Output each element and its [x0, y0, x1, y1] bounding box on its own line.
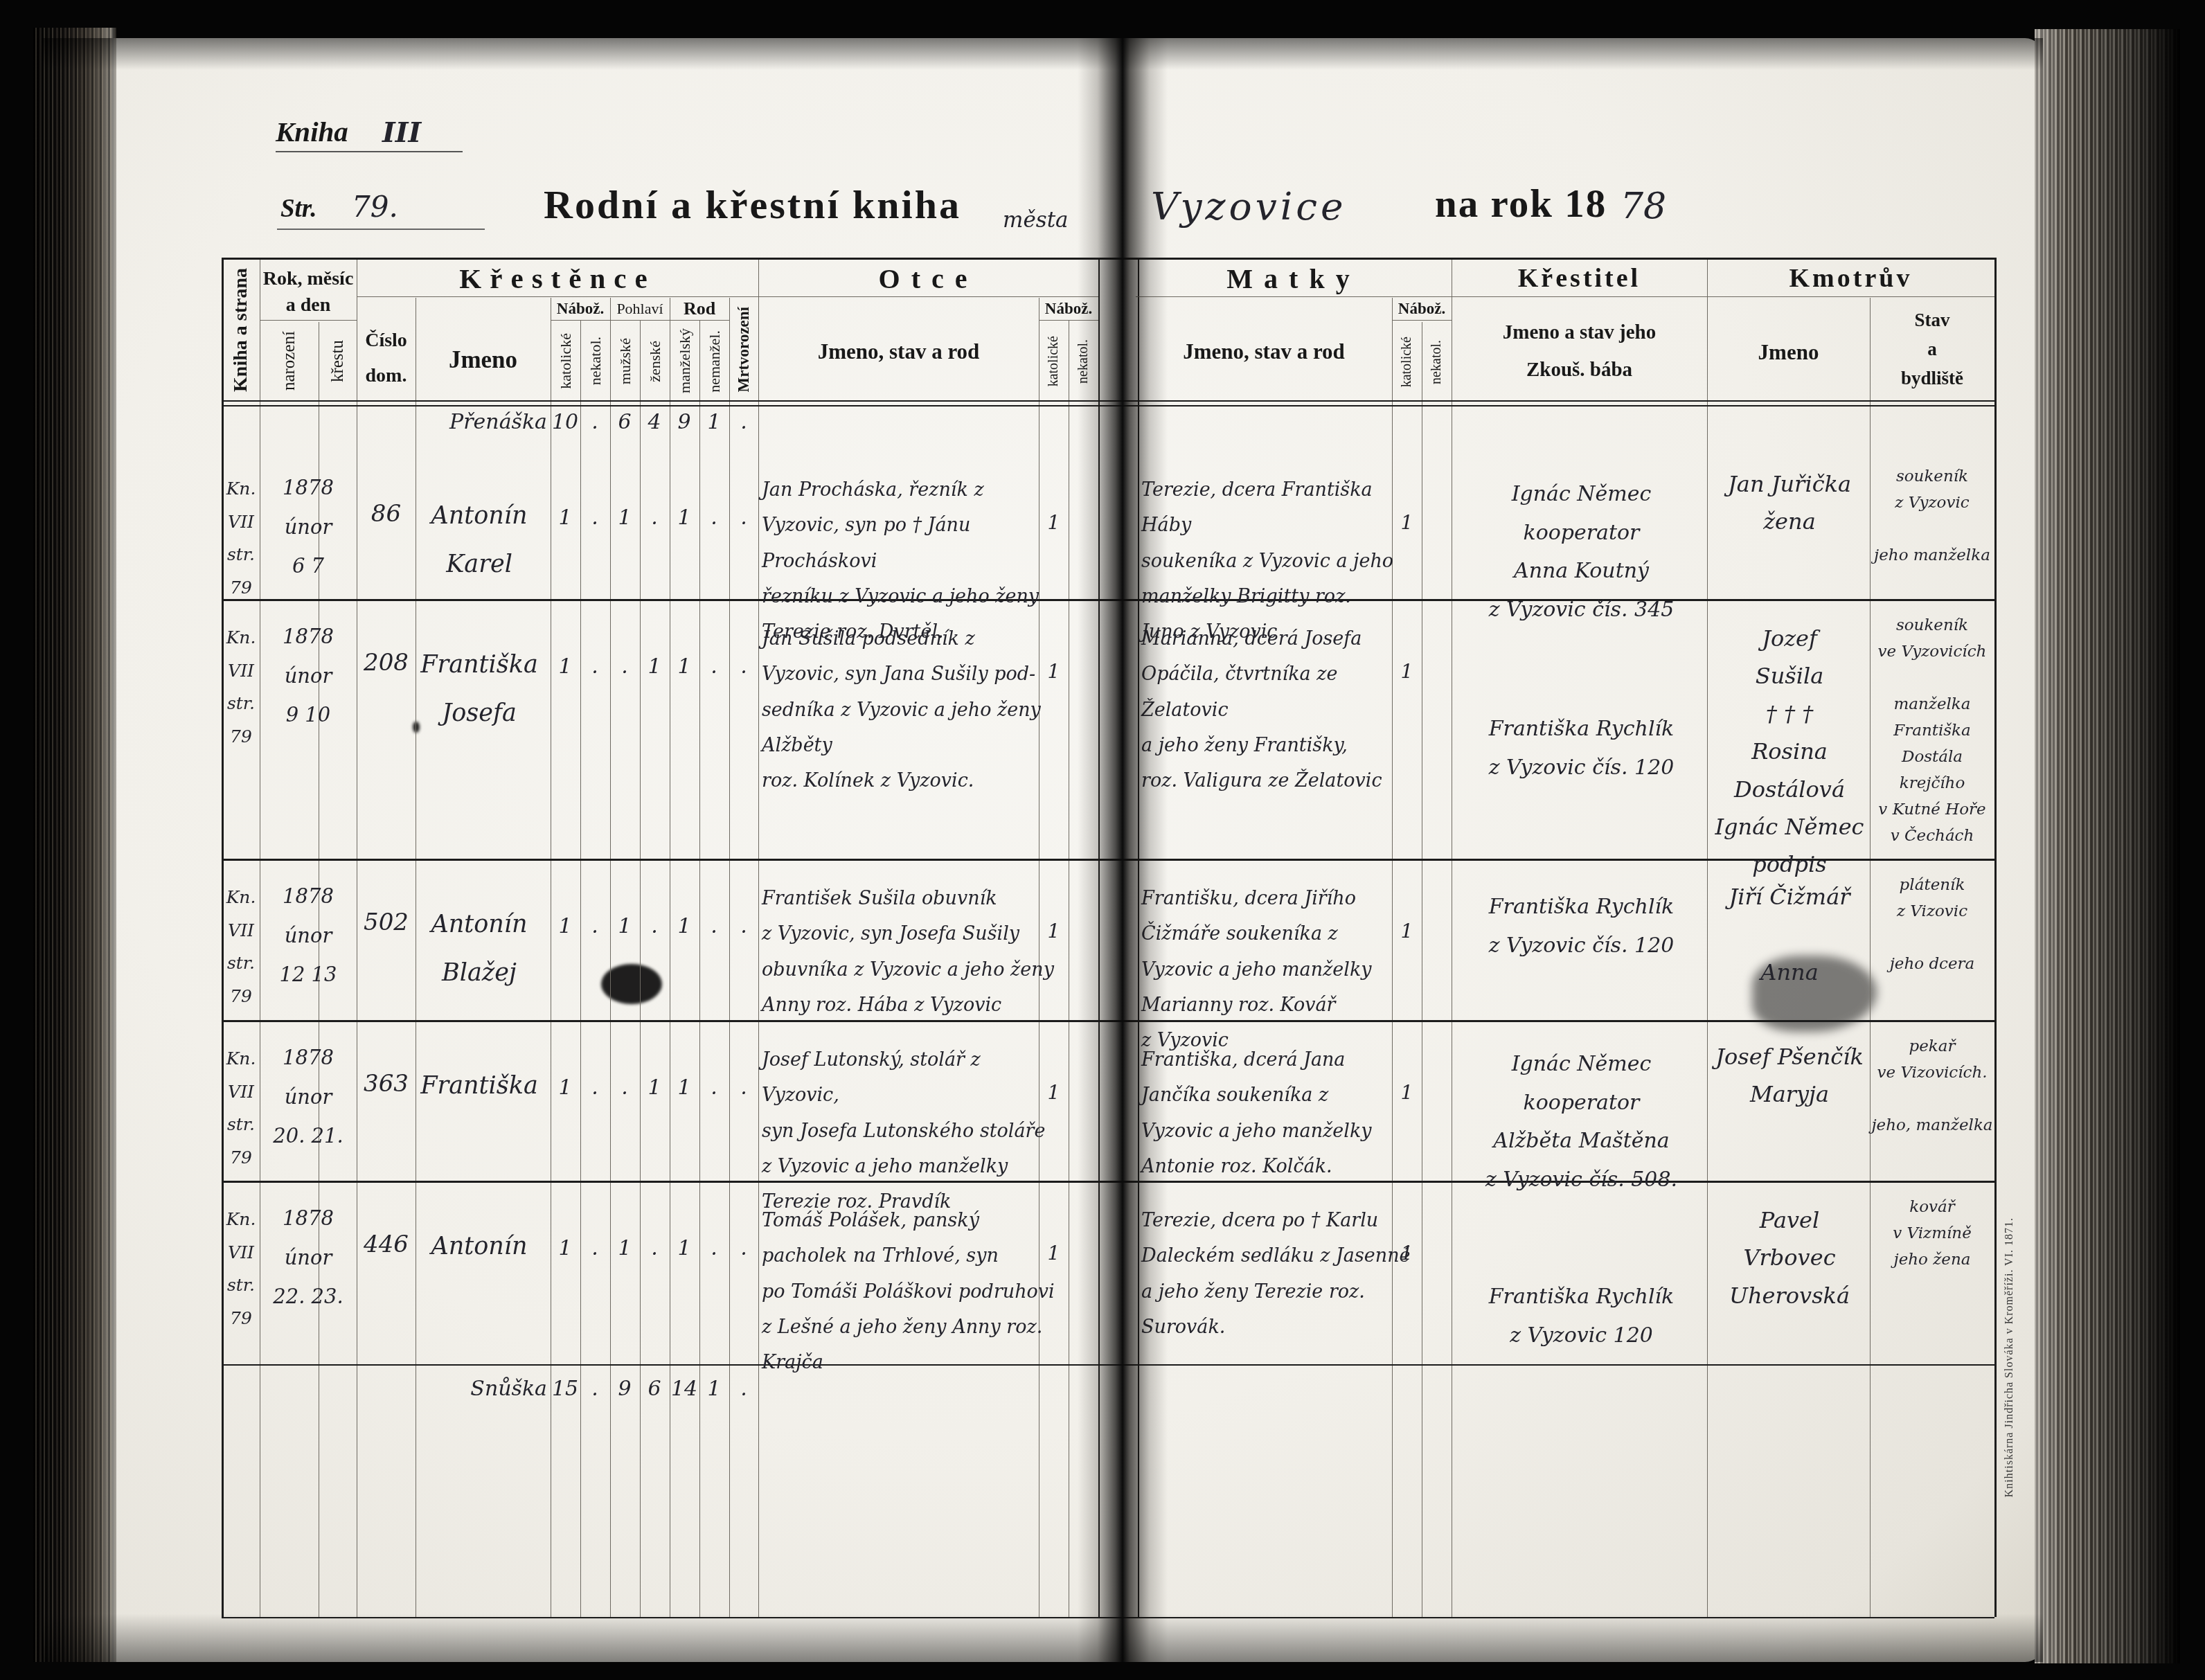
handwritten-mesta: města	[1003, 208, 1069, 233]
table-rule-vertical	[670, 298, 670, 1617]
row-1-tally-mark: 1	[610, 506, 639, 530]
row-5-godparent-status: kovář v Vizmíně jeho žena	[1871, 1195, 1993, 1274]
row-1-tally-mark: .	[699, 506, 729, 530]
col-header-matky-naboz: Nábož.	[1392, 298, 1452, 320]
carry-mark: .	[580, 410, 609, 434]
totals-mark: .	[580, 1377, 609, 1401]
row-5-mother-relig: 1	[1392, 1242, 1422, 1265]
row-2-mother-relig: 1	[1392, 660, 1422, 683]
book-number: III	[382, 116, 421, 149]
col-header-narozeni: narození	[260, 322, 319, 400]
group-header-otce: Otce	[758, 262, 1098, 295]
row-3-godparent-status: pláteník z Vizovic jeho dcera	[1871, 873, 1993, 978]
col-header-manzelsky: manželský	[670, 322, 699, 400]
page-bottom-shadow	[42, 1614, 2043, 1662]
col-header-jmeno: Jmeno	[416, 320, 551, 400]
year-label: na rok 18	[1435, 181, 1607, 226]
table-rule-horizontal	[551, 320, 729, 321]
col-header-kniha-a-strana: Kniha a strana	[222, 258, 260, 402]
row-4-child-name: Františka	[406, 1062, 553, 1110]
col-header-nekatol: nekatol.	[580, 322, 610, 400]
row-3-tally-mark: 1	[610, 914, 639, 938]
row-4-tally-mark: .	[729, 1075, 758, 1100]
row-2-tally-mark: .	[729, 654, 758, 679]
row-4-baptizer-text: Ignác Němec kooperator Alžběta Maštěna z…	[1458, 1045, 1704, 1199]
row-1-tally-mark: 1	[551, 506, 580, 530]
row-2-date: 1878 únor 9 10	[260, 617, 356, 735]
row-5-tally-mark: .	[729, 1236, 758, 1260]
row-2-tally-mark: .	[580, 654, 609, 679]
totals-mark: 15	[551, 1377, 580, 1401]
row-2-tally-mark: .	[610, 654, 639, 679]
row-3-tally-mark: 1	[670, 914, 699, 938]
row-3-baptizer-text: Františka Rychlík z Vyzovic čís. 120	[1458, 888, 1704, 965]
row-1-child-name: Antonín Karel	[406, 492, 553, 589]
table-rule-vertical	[758, 258, 759, 1617]
underline	[277, 229, 485, 230]
book-label: Kniha	[276, 115, 348, 148]
col-header-kmotr-jmeno: Jmeno	[1707, 331, 1870, 374]
table-rule-vertical	[1422, 322, 1422, 1617]
page-number-label: Str.	[280, 194, 316, 224]
carry-label: Přenáška	[388, 410, 547, 434]
page-title: Rodní a křestní kniha	[544, 181, 961, 228]
table-rule-vertical	[1870, 298, 1871, 1617]
row-4-father-relig: 1	[1039, 1081, 1069, 1104]
row-4-godparent-name: Josef Pšenčík Maryja	[1711, 1038, 1868, 1114]
carry-mark: 6	[610, 410, 639, 434]
row-5-tally-mark: .	[640, 1236, 669, 1260]
col-header-muzske: mužské	[610, 322, 640, 400]
row-5-baptizer-text: Františka Rychlík z Vyzovic 120	[1458, 1278, 1704, 1355]
printer-imprint: Knihtiskárna Jindřicha Slováka v Kroměří…	[1996, 1073, 2024, 1641]
totals-label: Snůška	[388, 1377, 547, 1401]
row-4-mother-relig: 1	[1392, 1081, 1422, 1104]
carry-mark: 10	[551, 410, 580, 434]
row-1-tally-mark: .	[640, 506, 669, 530]
totals-mark: 6	[640, 1377, 669, 1401]
row-5-mother-text: Terezie, dcera po † Karlu Daleckém sedlá…	[1141, 1203, 1411, 1345]
row-4-mother-text: Františka, dcerá Jana Jančíka soukeníka …	[1141, 1042, 1411, 1184]
row-5-tally-mark: 1	[551, 1236, 580, 1260]
row-4-tally-mark: .	[610, 1075, 639, 1100]
page-top-shadow	[42, 38, 2043, 70]
col-header-zenske: ženské	[640, 322, 670, 400]
right-page-stack	[2035, 29, 2180, 1663]
row-4-tally-mark: .	[699, 1075, 729, 1100]
carry-mark: 4	[640, 410, 669, 434]
row-3-tally-mark: .	[729, 914, 758, 938]
row-3-father-text: František Sušila obuvník z Vyzovic, syn …	[762, 881, 1060, 1023]
carry-mark: 1	[699, 410, 729, 434]
row-2-tally-mark: 1	[670, 654, 699, 679]
col-header-mrtvorozeni: Mrtvorození	[729, 299, 758, 400]
row-2-mother-text: Marianna, dcerá Josefa Opáčila, čtvrtník…	[1141, 621, 1411, 798]
row-5-child-name: Antonín	[406, 1222, 553, 1271]
table-rule-vertical	[1069, 320, 1069, 1617]
row-5-tally-mark: 1	[670, 1236, 699, 1260]
col-header-krestu: křestu	[319, 322, 357, 400]
col-header-cislo-dom: Číslo dom.	[357, 319, 416, 398]
row-4-godparent-status: pekař ve Vizovicích. jeho, manželka	[1871, 1034, 1993, 1139]
col-header-rod: Rod	[670, 298, 729, 320]
row-2-book-ref: Kn. VII str. 79	[223, 621, 259, 753]
group-header-krestitel: Křestitel	[1452, 262, 1707, 295]
group-header-matky: Matky	[1136, 262, 1452, 295]
totals-mark: 9	[610, 1377, 639, 1401]
group-header-krestence: Křestěnce	[357, 262, 758, 295]
totals-mark: 1	[699, 1377, 729, 1401]
row-4-tally-mark: 1	[670, 1075, 699, 1100]
table-rule-horizontal	[1136, 296, 1452, 297]
col-header-matky-katolicke: katolické	[1392, 324, 1422, 400]
col-header-otce-jmeno-stav: Jmeno, stav a rod	[758, 331, 1039, 373]
totals-mark: .	[729, 1377, 758, 1401]
col-header-kmotr-stav: Stav a bydliště	[1870, 302, 1994, 397]
table-rule-vertical	[1452, 258, 1452, 1617]
row-2-tally-mark: .	[699, 654, 729, 679]
row-1-tally-mark: .	[729, 506, 758, 530]
table-rule-horizontal	[357, 296, 758, 297]
row-5-tally-mark: .	[699, 1236, 729, 1260]
row-1-father-relig: 1	[1039, 511, 1069, 534]
row-3-mother-relig: 1	[1392, 920, 1422, 942]
col-header-rok-mesic-a-den: Rok, měsíc a den	[260, 265, 357, 320]
row-5-godparent-name: Pavel Vrbovec Uherovská	[1711, 1201, 1868, 1314]
book-gutter-fold	[1078, 38, 1168, 1662]
col-header-nemanzel: nemanžel.	[699, 322, 729, 400]
col-header-otce-katolicke: katolické	[1039, 322, 1069, 400]
row-5-tally-mark: 1	[610, 1236, 639, 1260]
row-5-date: 1878 únor 22. 23.	[260, 1199, 356, 1316]
row-1-baptizer-text: Ignác Němec kooperator Anna Koutný z Vyz…	[1458, 475, 1704, 629]
col-header-matky-nekatol: nekatol.	[1422, 324, 1452, 400]
register-scan-page: Kniha III Str. 79. Rodní a křestní kniha…	[0, 0, 2205, 1680]
row-3-tally-mark: .	[580, 914, 609, 938]
table-rule-horizontal	[1392, 320, 1452, 321]
left-page-edge	[33, 28, 116, 1662]
row-1-date: 1878 únor 6 7	[260, 468, 356, 586]
row-1-godparent-name: Jan Juřička žena	[1711, 465, 1868, 541]
row-3-tally-mark: .	[640, 914, 669, 938]
table-rule-vertical	[1707, 258, 1708, 1617]
row-5-book-ref: Kn. VII str. 79	[223, 1203, 259, 1334]
totals-mark: 14	[670, 1377, 699, 1401]
row-5-tally-mark: .	[580, 1236, 609, 1260]
row-2-father-relig: 1	[1039, 660, 1069, 683]
row-1-tally-mark: 1	[670, 506, 699, 530]
row-3-mother-text: Františku, dcera Jiřího Čižmáře soukeník…	[1141, 881, 1411, 1058]
row-2-child-name: Františka Josefa	[406, 641, 553, 738]
table-rule-horizontal	[758, 296, 1098, 297]
row-3-tally-mark: 1	[551, 914, 580, 938]
table-rule-vertical	[357, 258, 357, 1617]
table-rule-horizontal	[1452, 296, 1707, 297]
handwritten-year: 78	[1621, 186, 1666, 227]
col-header-katolicke: katolické	[551, 322, 580, 400]
handwritten-place: Vyzovice	[1151, 184, 1347, 229]
row-1-book-ref: Kn. VII str. 79	[223, 472, 259, 604]
row-4-book-ref: Kn. VII str. 79	[223, 1042, 259, 1174]
row-5-father-relig: 1	[1039, 1242, 1069, 1265]
col-header-naboz: Nábož.	[551, 298, 610, 320]
row-4-tally-mark: 1	[640, 1075, 669, 1100]
row-3-child-name: Antonín Blažej	[406, 900, 553, 997]
row-2-tally-mark: 1	[640, 654, 669, 679]
row-1-godparent-status: soukeník z Vyzovic jeho manželka	[1871, 464, 1993, 569]
row-3-tally-mark: .	[699, 914, 729, 938]
table-rule-vertical	[1994, 258, 1997, 1617]
row-4-tally-mark: 1	[551, 1075, 580, 1100]
row-3-date: 1878 únor 12 13	[260, 877, 356, 994]
row-1-tally-mark: .	[580, 506, 609, 530]
row-1-mother-relig: 1	[1392, 511, 1422, 534]
row-4-date: 1878 únor 20. 21.	[260, 1038, 356, 1156]
table-rule-horizontal	[260, 320, 357, 321]
row-3-godparent-name: Jiří Čižmář Anna	[1711, 878, 1868, 991]
carry-mark: .	[729, 410, 758, 434]
underline	[276, 151, 463, 152]
carry-mark: 9	[670, 410, 699, 434]
row-2-tally-mark: 1	[551, 654, 580, 679]
table-rule-vertical	[729, 298, 730, 1617]
row-4-father-text: Josef Lutonský, stolář z Vyzovic, syn Jo…	[762, 1042, 1060, 1219]
row-4-tally-mark: .	[580, 1075, 609, 1100]
page-number-value: 79.	[352, 190, 398, 224]
row-3-father-relig: 1	[1039, 920, 1069, 942]
group-header-kmotruv: Kmotrův	[1707, 262, 1994, 295]
col-header-matky-jmeno-stav: Jmeno, stav a rod	[1136, 331, 1392, 373]
table-rule-horizontal	[1707, 296, 1994, 297]
row-3-book-ref: Kn. VII str. 79	[223, 881, 259, 1012]
row-5-father-text: Tomáš Polášek, panský pacholek na Trhlov…	[762, 1203, 1060, 1380]
table-rule-vertical	[610, 298, 611, 1617]
col-header-krestitel-sub: Jmeno a stav jeho Zkouš. bába	[1452, 312, 1707, 391]
col-header-pohlavi: Pohlaví	[610, 298, 670, 320]
row-2-godparent-status: soukeník ve Vyzovicích manželka Františk…	[1871, 613, 1993, 849]
row-2-father-text: Jan Sušila podsedník z Vyzovic, syn Jana…	[762, 621, 1060, 798]
row-2-godparent-name: Jozef Sušila † † † Rosina Dostálová Igná…	[1711, 620, 1868, 884]
row-2-baptizer-text: Františka Rychlík z Vyzovic čís. 120	[1458, 710, 1704, 787]
